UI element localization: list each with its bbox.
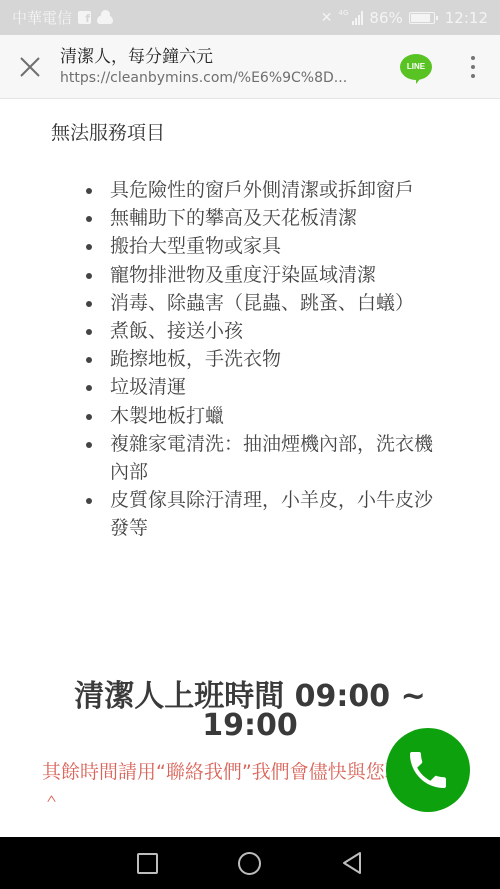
list-item: 垃圾清運: [0, 373, 500, 401]
page-url[interactable]: https://cleanbymins.com/%E6%9C%8D...: [60, 68, 370, 88]
recent-apps-button[interactable]: [137, 853, 158, 874]
title-block: 清潔人，每分鐘六元 https://cleanbymins.com/%E6%9C…: [60, 46, 386, 88]
status-left: 中華電信 f: [12, 7, 113, 28]
list-item: 消毒、除蟲害（昆蟲、跳蚤、白蟻）: [0, 289, 500, 317]
list-item: 跪擦地板，手洗衣物: [0, 345, 500, 373]
network-label: 4G: [339, 9, 349, 17]
close-icon: [19, 56, 41, 78]
line-share-button[interactable]: LINE: [386, 35, 446, 99]
page-title: 清潔人，每分鐘六元: [60, 46, 386, 68]
working-hours-title: 清潔人上班時間 09:00 ~ 19:00: [30, 682, 470, 740]
list-item: 木製地板打蠟: [0, 402, 500, 430]
dot: [471, 56, 475, 60]
list-item: 複雜家電清洗：抽油煙機內部，洗衣機內部: [0, 430, 500, 486]
list-item: 寵物排泄物及重度汙染區域清潔: [0, 261, 500, 289]
facebook-icon: f: [78, 11, 91, 24]
close-button[interactable]: [0, 35, 60, 99]
cloud-icon: [97, 15, 113, 24]
battery-percent: 86%: [369, 9, 402, 27]
home-button[interactable]: [238, 852, 261, 875]
carrier-label: 中華電信: [12, 7, 72, 28]
dot: [471, 65, 475, 69]
list-item: 具危險性的窗戶外側清潔或拆卸窗戶: [0, 176, 500, 204]
line-icon: LINE: [400, 54, 432, 80]
call-button[interactable]: [386, 728, 470, 812]
phone-icon: [404, 746, 452, 794]
list-item: 煮飯、接送小孩: [0, 317, 500, 345]
list-item: 皮質傢具除汙清理，小羊皮，小牛皮沙發等: [0, 486, 500, 542]
unavailable-services-list: 具危險性的窗戶外側清潔或拆卸窗戶 無輔助下的攀高及天花板清潔 搬抬大型重物或家具…: [0, 176, 500, 543]
more-options-button[interactable]: [446, 35, 500, 99]
status-right: ✕ 4G 86% 12:12: [321, 9, 488, 27]
mute-icon: ✕: [321, 10, 333, 26]
page-content: 無法服務項目 具危險性的窗戶外側清潔或拆卸窗戶 無輔助下的攀高及天花板清潔 搬抬…: [0, 100, 500, 837]
clock: 12:12: [445, 9, 488, 27]
signal-icon: [352, 11, 363, 25]
browser-header: 清潔人，每分鐘六元 https://cleanbymins.com/%E6%9C…: [0, 35, 500, 99]
battery-icon: [409, 12, 435, 24]
status-bar: 中華電信 f ✕ 4G 86% 12:12: [0, 0, 500, 35]
system-nav-bar: [0, 837, 500, 889]
list-item: 搬抬大型重物或家具: [0, 232, 500, 260]
section-heading: 無法服務項目: [51, 118, 165, 145]
line-label: LINE: [407, 62, 425, 71]
list-item: 無輔助下的攀高及天花板清潔: [0, 204, 500, 232]
back-button[interactable]: [341, 851, 363, 875]
dot: [471, 74, 475, 78]
